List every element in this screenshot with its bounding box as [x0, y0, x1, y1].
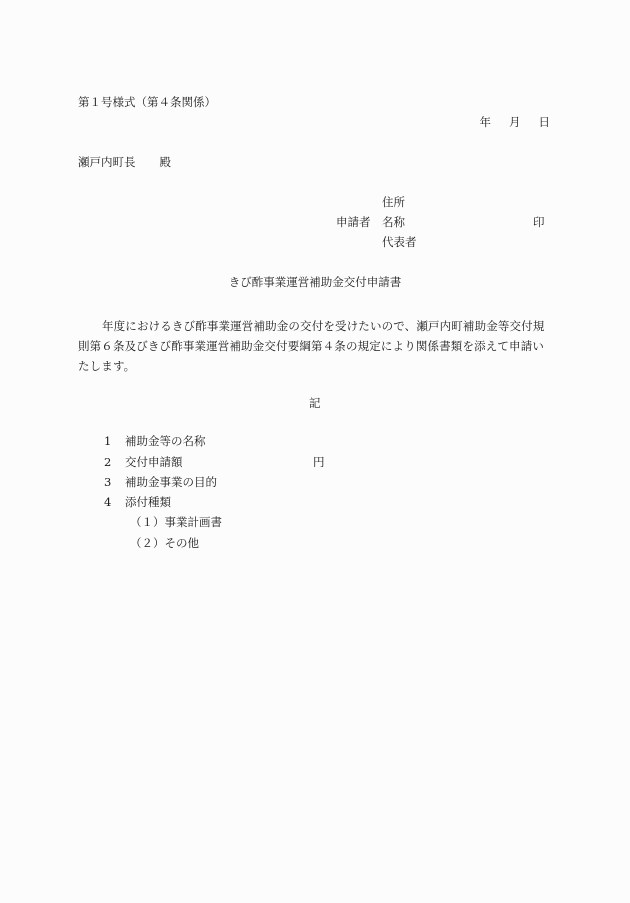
sub-list-item: （２）その他 [130, 538, 199, 550]
item-number: 2 [104, 457, 111, 469]
applicant-address-label: 住所 [382, 197, 405, 209]
sub-list-item: （１）事業計画書 [130, 517, 222, 529]
applicant-label: 申請者 [336, 217, 371, 229]
date-line: 年月日 [480, 117, 551, 129]
ki-mark: 記 [309, 398, 321, 410]
addressee-name: 瀬戸内町長 [78, 155, 136, 169]
applicant-representative-label: 代表者 [382, 237, 417, 249]
item-label: 添付種類 [125, 497, 171, 509]
yen-unit: 円 [313, 457, 325, 469]
sub-item-number: （２） [130, 536, 165, 550]
item-number: 1 [104, 436, 111, 448]
sub-item-label: その他 [165, 536, 200, 550]
item-label: 補助金等の名称 [125, 436, 206, 448]
month-label: 月 [509, 117, 521, 129]
item-number: 3 [104, 477, 111, 489]
item-number: 4 [104, 497, 111, 509]
item-label: 補助金事業の目的 [125, 477, 217, 489]
year-label: 年 [480, 117, 492, 129]
seal-mark: 印 [533, 217, 545, 229]
form-number: 第１号様式（第４条関係） [78, 97, 216, 109]
document-title: きび酢事業運営補助金交付申請書 [0, 277, 630, 289]
sub-item-number: （１） [130, 515, 165, 529]
document-title-text: きび酢事業運営補助金交付申請書 [229, 275, 402, 289]
applicant-name-label: 名称 [382, 217, 405, 229]
item-label: 交付申請額 [125, 457, 183, 469]
day-label: 日 [539, 117, 551, 129]
addressee-honorific: 殿 [160, 155, 172, 169]
sub-item-label: 事業計画書 [165, 515, 223, 529]
addressee: 瀬戸内町長殿 [78, 157, 171, 169]
body-paragraph: 年度におけるきび酢事業運営補助金の交付を受けたいので、瀬戸内町補助金等交付規則第… [78, 316, 552, 376]
